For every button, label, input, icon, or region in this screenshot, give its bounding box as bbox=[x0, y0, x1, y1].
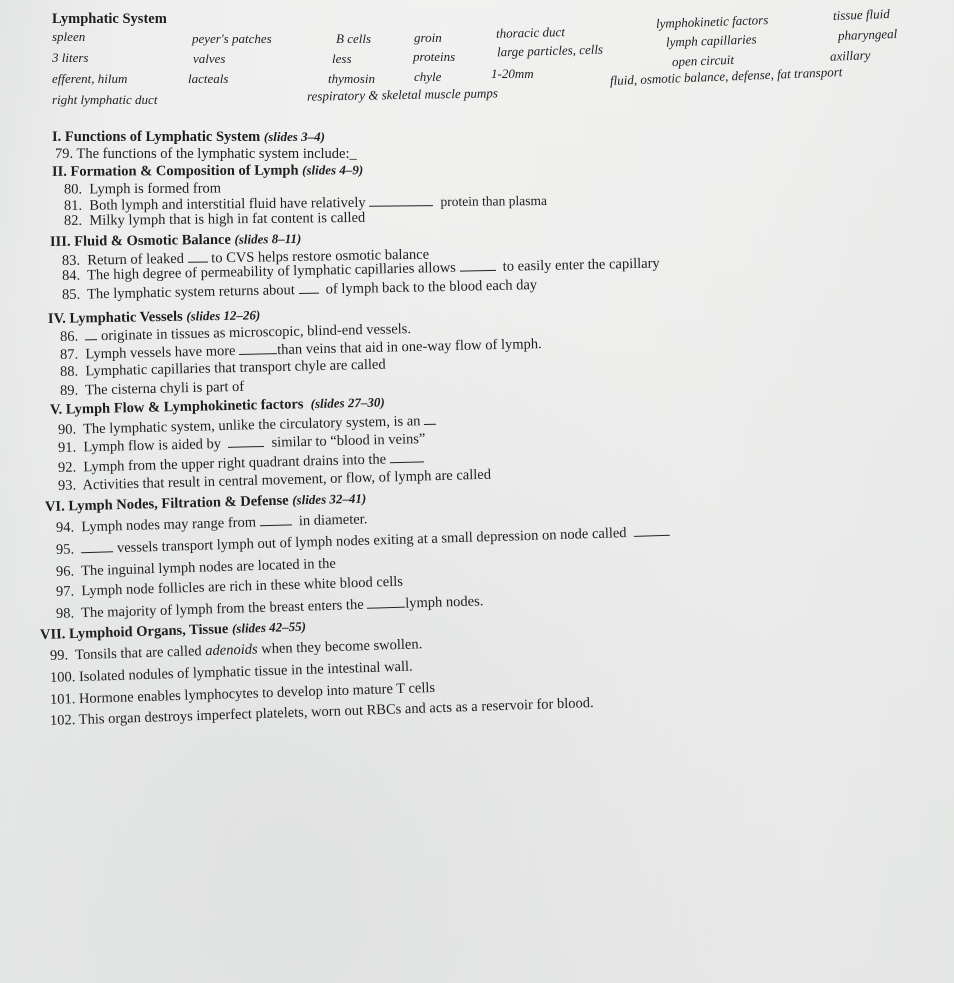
worksheet-title: Lymphatic System bbox=[52, 11, 167, 28]
word-bank-item: chyle bbox=[414, 69, 441, 85]
section-title: III. Fluid & Osmotic Balance bbox=[50, 232, 231, 250]
answer-blank[interactable] bbox=[228, 435, 264, 448]
answer-blank[interactable] bbox=[81, 540, 113, 553]
word-bank-item: efferent, hilum bbox=[52, 71, 127, 87]
word-bank-item: spleen bbox=[52, 29, 85, 45]
question-text: Lymph is formed from bbox=[89, 180, 221, 197]
question-text: Tonsils that are called bbox=[75, 643, 202, 663]
question-number: 92. bbox=[58, 460, 77, 476]
question-text: The majority of lymph from the breast en… bbox=[81, 597, 364, 621]
question-text: similar to “blood in veins” bbox=[271, 431, 425, 451]
answer-blank[interactable] bbox=[634, 524, 670, 537]
question-text: Lymph vessels have more bbox=[85, 343, 236, 362]
question-number: 98. bbox=[56, 605, 75, 622]
question-text: to easily enter the capillary bbox=[503, 255, 660, 274]
word-bank-item: thoracic duct bbox=[496, 24, 565, 42]
word-bank-item: pharyngeal bbox=[838, 26, 898, 44]
section-title: IV. Lymphatic Vessels bbox=[48, 309, 183, 327]
question-number: 87. bbox=[60, 347, 78, 363]
answer-blank[interactable] bbox=[239, 342, 277, 355]
word-bank-item: valves bbox=[193, 51, 225, 67]
word-bank-item: 3 liters bbox=[52, 50, 88, 66]
question-number: 84. bbox=[62, 268, 80, 284]
question-text: Milky lymph that is high in fat content … bbox=[89, 210, 365, 229]
question-number: 88. bbox=[60, 364, 78, 380]
word-bank-item: B cells bbox=[336, 31, 371, 47]
question-number: 95. bbox=[56, 541, 75, 558]
question-number: 85. bbox=[62, 287, 80, 303]
section-title: VII. Lymphoid Organs, Tissue bbox=[40, 621, 229, 643]
section-slides: (slides 42–55) bbox=[232, 619, 306, 636]
word-bank-item: tissue fluid bbox=[833, 6, 890, 24]
word-bank-item: lymph capillaries bbox=[666, 31, 757, 50]
section-title: I. Functions of Lymphatic System bbox=[52, 129, 260, 145]
question-text: when they become swollen. bbox=[261, 636, 423, 657]
question-number: 86. bbox=[60, 329, 78, 345]
question-text: in diameter. bbox=[299, 511, 368, 529]
emphasized-term: adenoids bbox=[205, 641, 258, 659]
section-title: VI. Lymph Nodes, Filtration & Defense bbox=[45, 493, 289, 515]
question-82: 82. Milky lymph that is high in fat cont… bbox=[64, 210, 365, 230]
word-bank-item: fluid, osmotic balance, defense, fat tra… bbox=[610, 64, 843, 89]
question-text: lymph nodes. bbox=[405, 593, 484, 611]
question-number: 97. bbox=[56, 583, 75, 600]
word-bank-item: lymphokinetic factors bbox=[656, 12, 769, 32]
question-text: of lymph back to the blood each day bbox=[326, 277, 538, 297]
question-text: protein than plasma bbox=[440, 193, 547, 209]
question-number: 82. bbox=[64, 213, 82, 229]
question-number: 99. bbox=[50, 647, 69, 664]
section-heading: III. Fluid & Osmotic Balance (slides 8–1… bbox=[50, 231, 301, 251]
word-bank-item: open circuit bbox=[672, 52, 735, 70]
question-number: 101. bbox=[50, 691, 76, 708]
question-number: 94. bbox=[56, 519, 75, 535]
word-bank-item: groin bbox=[414, 30, 442, 46]
question-number: 102. bbox=[50, 712, 76, 729]
answer-blank[interactable] bbox=[424, 413, 436, 425]
question-number: 96. bbox=[56, 563, 75, 580]
section-slides: (slides 4–9) bbox=[302, 162, 363, 177]
answer-blank[interactable] bbox=[459, 259, 495, 272]
answer-blank[interactable] bbox=[85, 328, 97, 340]
question-number: 79. bbox=[55, 146, 73, 162]
word-bank-item: lacteals bbox=[188, 71, 228, 87]
question-text: The functions of the lymphatic system in… bbox=[77, 146, 357, 162]
question-text: The lymphatic system returns about bbox=[87, 282, 295, 302]
word-bank-item: proteins bbox=[413, 49, 455, 65]
answer-blank[interactable] bbox=[259, 513, 291, 526]
answer-blank[interactable] bbox=[389, 450, 423, 463]
section-heading: II. Formation & Composition of Lymph (sl… bbox=[52, 162, 363, 181]
question-text: Lymph flow is aided by bbox=[83, 436, 221, 455]
word-bank-item: less bbox=[332, 51, 352, 67]
question-text: The inguinal lymph nodes are located in … bbox=[81, 556, 336, 580]
answer-blank[interactable] bbox=[187, 250, 207, 262]
question-number: 100. bbox=[50, 669, 76, 686]
section-title: V. Lymph Flow & Lymphokinetic factors bbox=[50, 396, 304, 418]
word-bank-item: 1-20mm bbox=[491, 66, 534, 82]
word-bank-item: thymosin bbox=[328, 71, 375, 87]
section-title: II. Formation & Composition of Lymph bbox=[52, 163, 299, 180]
section-slides: (slides 32–41) bbox=[292, 491, 366, 508]
question-number: 80. bbox=[64, 181, 82, 197]
section-heading: I. Functions of Lymphatic System (slides… bbox=[52, 129, 325, 146]
question-79: 79. The functions of the lymphatic syste… bbox=[55, 146, 357, 163]
question-text: Lymph nodes may range from bbox=[81, 514, 256, 535]
answer-blank[interactable] bbox=[367, 596, 405, 609]
answer-blank[interactable] bbox=[298, 282, 318, 294]
question-number: 91. bbox=[58, 440, 77, 456]
section-slides: (slides 3–4) bbox=[264, 129, 325, 144]
section-slides: (slides 27–30) bbox=[311, 394, 385, 411]
question-number: 89. bbox=[60, 383, 78, 399]
question-number: 90. bbox=[58, 422, 77, 438]
question-text: Isolated nodules of lymphatic tissue in … bbox=[79, 659, 413, 685]
word-bank-item: axillary bbox=[830, 47, 871, 64]
word-bank-item: respiratory & skeletal muscle pumps bbox=[307, 85, 498, 104]
question-text: The cisterna chyli is part of bbox=[85, 379, 244, 399]
answer-blank[interactable] bbox=[369, 194, 433, 207]
question-number: 93. bbox=[58, 478, 77, 494]
question-number: 83. bbox=[62, 253, 80, 269]
word-bank-item: large particles, cells bbox=[497, 42, 603, 61]
question-89: 89. The cisterna chyli is part of bbox=[60, 379, 245, 400]
word-bank-item: right lymphatic duct bbox=[52, 92, 157, 108]
word-bank-item: peyer's patches bbox=[192, 31, 272, 47]
section-slides: (slides 8–11) bbox=[234, 231, 301, 247]
question-number: 81. bbox=[64, 198, 82, 214]
section-slides: (slides 12–26) bbox=[186, 307, 260, 323]
